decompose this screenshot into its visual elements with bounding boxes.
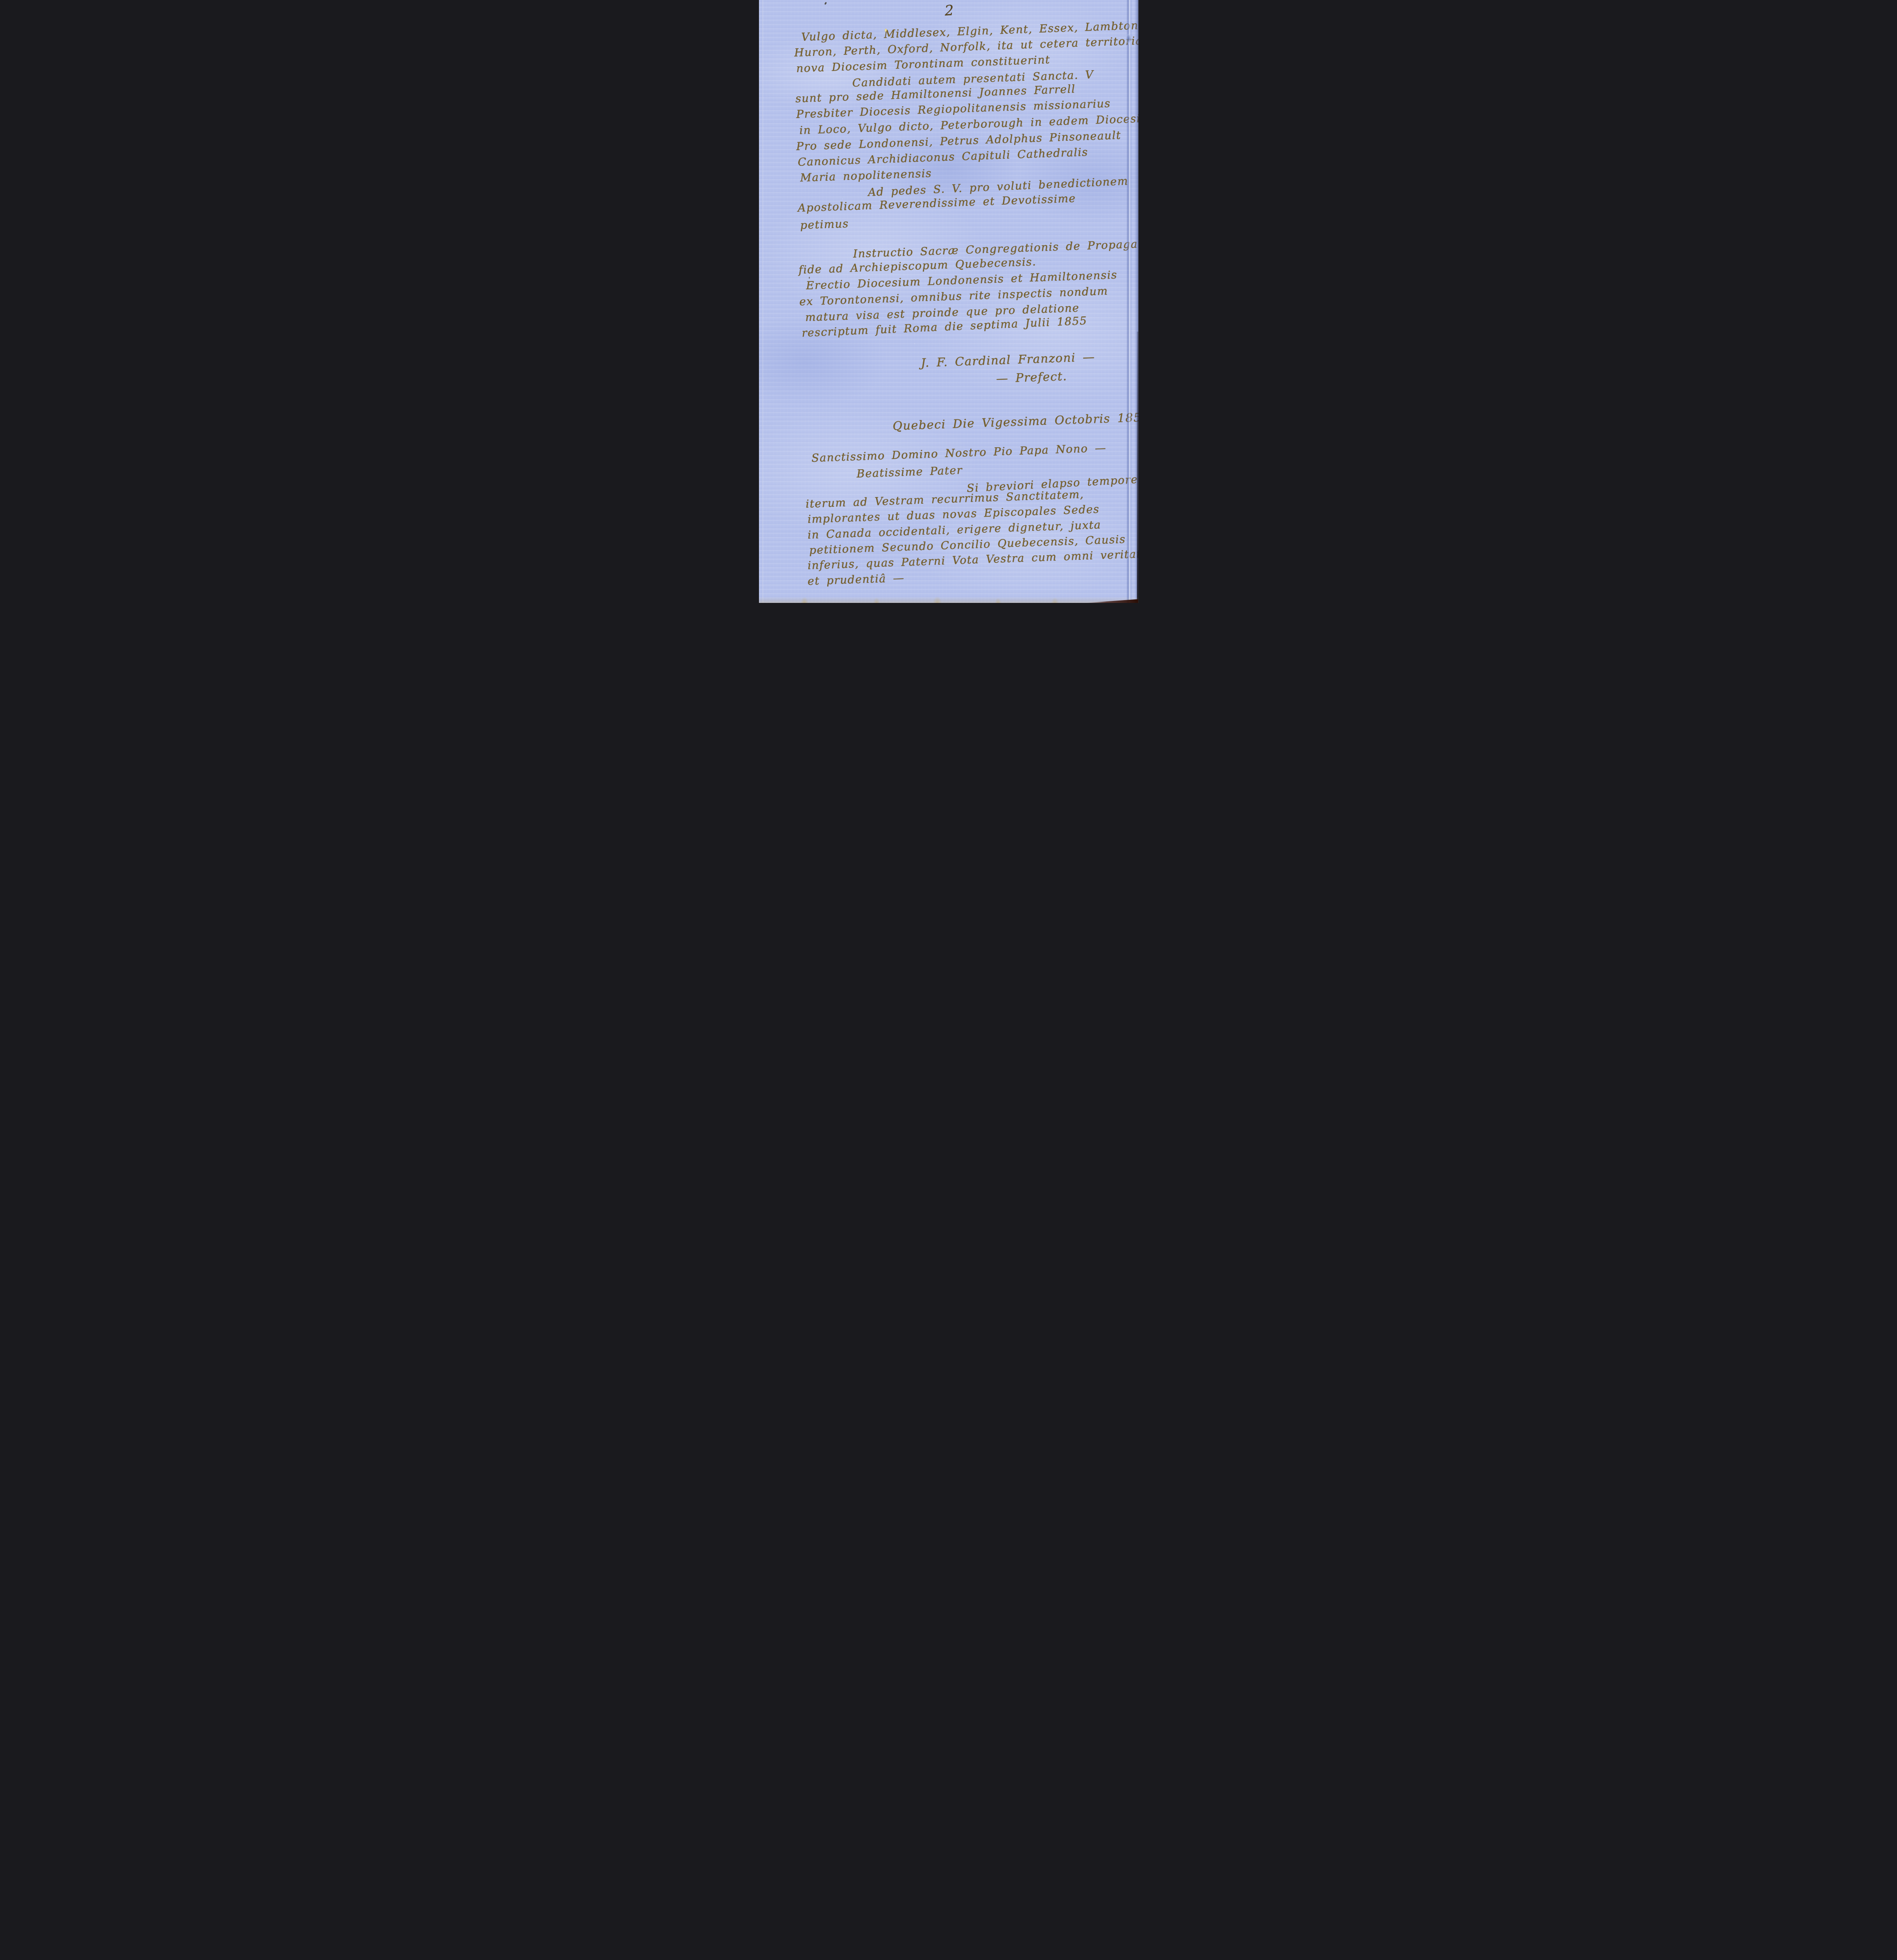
paper-fleck	[885, 29, 887, 32]
page-number: 2	[944, 2, 954, 19]
ink-speck	[809, 277, 810, 279]
manuscript-line: petimus	[800, 217, 849, 232]
manuscript-line: Sanctissimo Domino Nostro Pio Papa Nono …	[811, 441, 1106, 465]
manuscript-page: 2 Vulgo dicta, Middlesex, Elgin, Kent, E…	[759, 0, 1138, 603]
manuscript-line: et prudentiâ —	[808, 572, 905, 588]
manuscript-line: — Prefect.	[996, 370, 1067, 386]
ink-speck	[824, 2, 827, 5]
right-page-edge-dark-line	[1137, 332, 1138, 603]
right-fold-crease	[1126, 0, 1132, 603]
left-edge-crease	[762, 0, 763, 603]
manuscript-line: Quebeci Die Vigessima Octobris 1855.	[893, 410, 1138, 433]
manuscript-line: Beatissime Pater	[857, 464, 963, 480]
bottom-edge-stain	[759, 593, 1138, 603]
right-fold-notch	[1125, 34, 1132, 44]
manuscript-line: Maria nopolitenensis	[800, 167, 932, 184]
manuscript-line: J. F. Cardinal Franzoni —	[920, 350, 1095, 370]
